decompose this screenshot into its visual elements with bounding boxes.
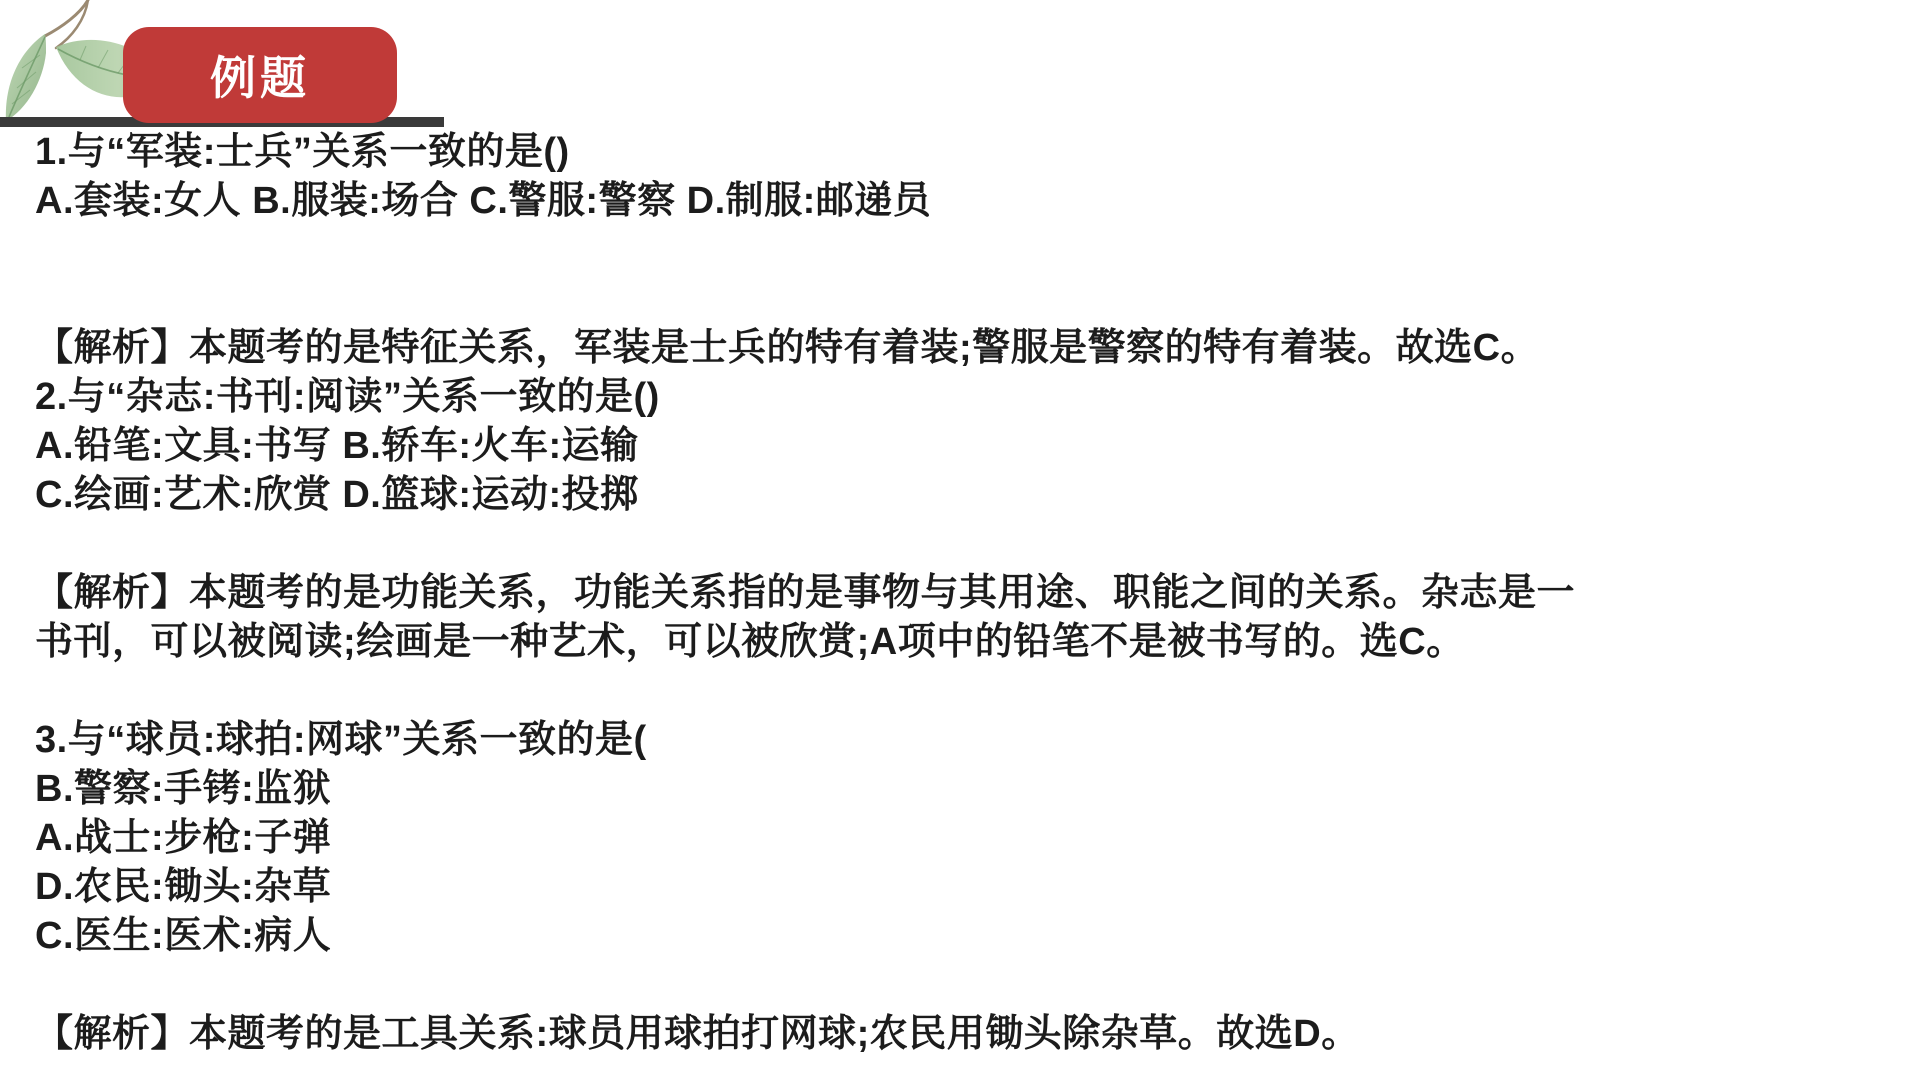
question-3-option-d: D.农民:锄头:杂草 xyxy=(35,863,1895,912)
question-1-options: A.套装:女人 B.服装:场合 C.警服:警察 D.制服:邮递员 xyxy=(35,177,1895,226)
question-1-stem: 1.与“军装:士兵”关系一致的是() xyxy=(35,128,1895,177)
question-2-analysis-line-2: 书刊，可以被阅读;绘画是一种艺术，可以被欣赏;A项中的铅笔不是被书写的。选C。 xyxy=(35,618,1895,667)
title-badge-label: 例题 xyxy=(210,42,310,108)
slide: 例题 1.与“军装:士兵”关系一致的是() A.套装:女人 B.服装:场合 C.… xyxy=(0,0,1920,1080)
blank-line xyxy=(35,226,1895,275)
blank-line xyxy=(35,520,1895,569)
question-3-option-a: A.战士:步枪:子弹 xyxy=(35,814,1895,863)
question-2-options-line-2: C.绘画:艺术:欣赏 D.篮球:运动:投掷 xyxy=(35,471,1895,520)
blank-line xyxy=(35,275,1895,324)
question-3-stem: 3.与“球员:球拍:网球”关系一致的是( xyxy=(35,716,1895,765)
questions-text: 1.与“军装:士兵”关系一致的是() A.套装:女人 B.服装:场合 C.警服:… xyxy=(35,128,1895,1059)
question-2-options-line-1: A.铅笔:文具:书写 B.轿车:火车:运输 xyxy=(35,422,1895,471)
question-2-stem: 2.与“杂志:书刊:阅读”关系一致的是() xyxy=(35,373,1895,422)
title-badge: 例题 xyxy=(123,27,397,123)
blank-line xyxy=(35,961,1895,1010)
question-3-analysis: 【解析】本题考的是工具关系:球员用球拍打网球;农民用锄头除杂草。故选D。 xyxy=(35,1010,1895,1059)
blank-line xyxy=(35,667,1895,716)
question-2-analysis-line-1: 【解析】本题考的是功能关系，功能关系指的是事物与其用途、职能之间的关系。杂志是一 xyxy=(35,569,1895,618)
question-1-analysis: 【解析】本题考的是特征关系，军装是士兵的特有着装;警服是警察的特有着装。故选C。 xyxy=(35,324,1895,373)
question-3-option-c: C.医生:医术:病人 xyxy=(35,912,1895,961)
question-3-option-b: B.警察:手铐:监狱 xyxy=(35,765,1895,814)
